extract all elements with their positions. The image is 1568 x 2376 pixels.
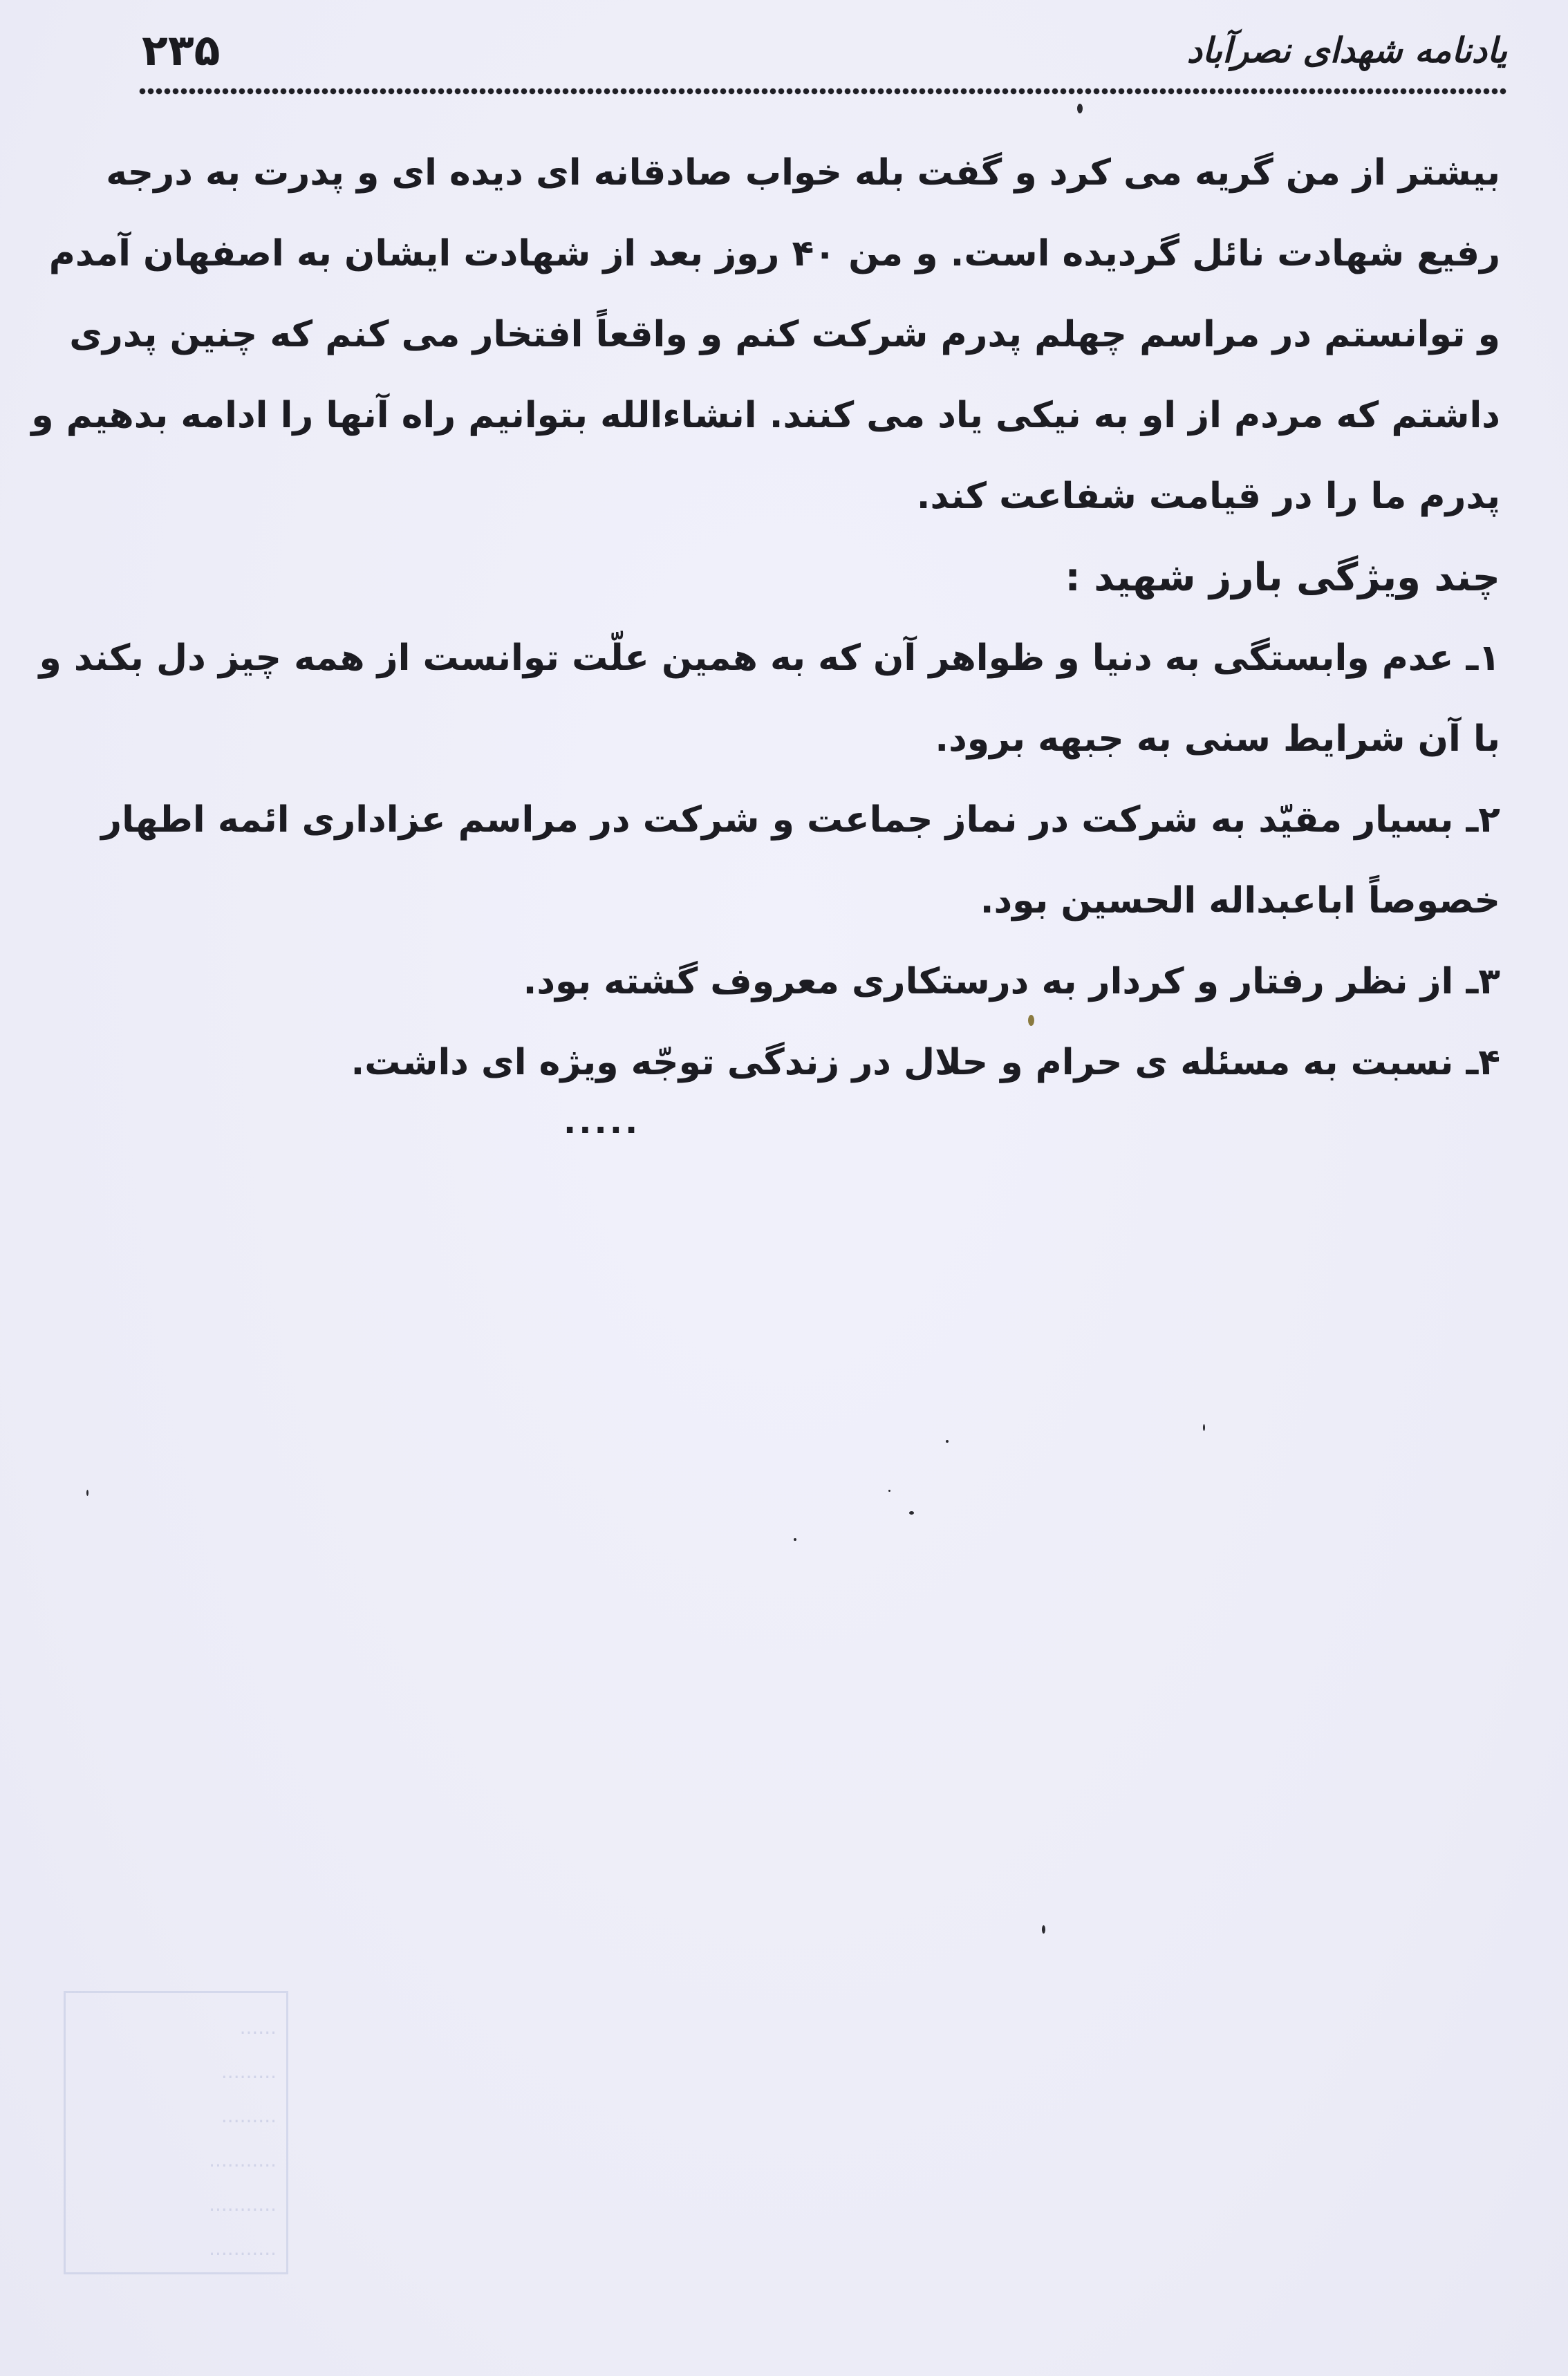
- scan-speck: [946, 1440, 949, 1443]
- paragraph-line: پدرم ما را در قیامت شفاعت کند.: [138, 456, 1500, 537]
- page-number: ۲۳۵: [142, 25, 221, 75]
- stamp-line: ...........: [75, 2227, 277, 2271]
- trait-item-1-line-1: ۱ـ عدم وابستگی به دنیا و ظواهر آن که به …: [138, 618, 1500, 699]
- stamp-line: ......: [75, 2005, 277, 2050]
- scanned-page: یادنامه شهدای نصرآباد ۲۳۵ بیشتر از من گر…: [0, 0, 1568, 2376]
- trait-item-1-line-2: با آن شرایط سنی به جبهه برود.: [138, 699, 1500, 780]
- paragraph-line: و توانستم در مراسم چهلم پدرم شرکت کنم و …: [138, 294, 1500, 375]
- book-title: یادنامه شهدای نصرآباد: [1187, 30, 1507, 71]
- page-body: بیشتر از من گریه می کرد و گفت بله خواب ص…: [138, 133, 1500, 1103]
- stamp-line: ...........: [75, 2138, 277, 2182]
- paragraph-line: بیشتر از من گریه می کرد و گفت بله خواب ص…: [138, 133, 1500, 214]
- stamp-line: .........: [75, 2050, 277, 2094]
- continuation-dots: .....: [563, 1103, 640, 1141]
- scan-speck: [794, 1538, 796, 1541]
- trait-item-2-line-1: ۲ـ بسیار مقیّد به شرکت در نماز جماعت و ش…: [138, 780, 1500, 861]
- scan-speck: [909, 1511, 914, 1515]
- paragraph-line: رفیع شهادت نائل گردیده است. و من ۴۰ روز …: [138, 214, 1500, 294]
- stamp-line: .........: [75, 2094, 277, 2138]
- scan-speck: [1028, 1015, 1034, 1026]
- trait-item-3: ۳ـ از نظر رفتار و کردار به درستکاری معرو…: [138, 942, 1500, 1022]
- scan-speck: [1042, 1925, 1045, 1934]
- scan-speck: [1203, 1424, 1205, 1431]
- faint-library-stamp: ...... ......... ......... ........... .…: [64, 1991, 288, 2274]
- stamp-line: ...........: [75, 2182, 277, 2227]
- scan-speck: [1077, 104, 1083, 113]
- scan-speck: [888, 1490, 890, 1492]
- section-heading: چند ویژگی بارز شهید :: [138, 537, 1500, 618]
- paragraph-line: داشتم که مردم از او به نیکی یاد می کنند.…: [138, 375, 1500, 456]
- dotted-header-divider: [138, 87, 1507, 95]
- scan-speck: [86, 1490, 88, 1496]
- trait-item-4: ۴ـ نسبت به مسئله ی حرام و حلال در زندگی …: [138, 1022, 1500, 1103]
- trait-item-2-line-2: خصوصاً اباعبداله الحسین بود.: [138, 861, 1500, 942]
